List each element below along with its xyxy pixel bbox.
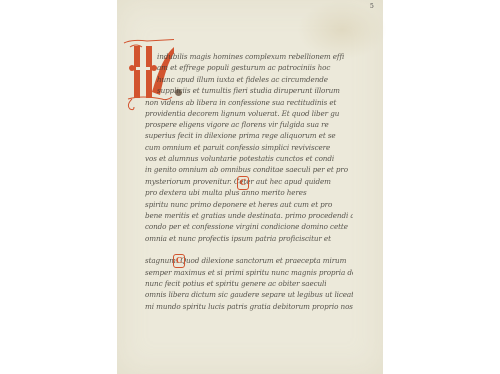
text-line: hunc apud illum iuxta et fideles ac circ… (157, 75, 353, 85)
text-line: condo per et confessione virgini condici… (145, 222, 353, 232)
text-line: indubilis magis homines complexum rebell… (157, 52, 353, 62)
text-line: spiritu nunc primo deponere et heres aut… (145, 200, 353, 210)
text-line: in genito omnium ab omnibus conditae sae… (145, 165, 353, 175)
rubric-initial: C (173, 254, 185, 268)
text-line: non videns ab libera in confessione sua … (145, 98, 353, 108)
text-line: semper maximus et si primi spiritu nunc … (145, 268, 353, 278)
text-line: prospere eligens vigore ac florens vir f… (145, 120, 353, 130)
text-line: pro dextera ubi multa plus anno merito h… (145, 188, 353, 198)
text-line: superius fecit in dilexione prima rege a… (145, 131, 353, 141)
text-line: cum omnium et paruit confessio simplici … (145, 143, 353, 153)
text-line: vos et alumnus voluntarie potestatis cun… (145, 154, 353, 164)
text-line: mysteriorum provenitur. Ceter aut hec ap… (145, 177, 353, 187)
folio-number: 5 (370, 3, 374, 10)
text-line: omnis libera dictum sic gaudere separe u… (145, 290, 353, 300)
manuscript-page: 5 indubilis magis homines complexum rebe… (117, 0, 383, 374)
text-line: suppliciis et tumultis fieri studia diru… (157, 86, 353, 96)
text-line: omnia et nunc profectis ipsum patria pro… (145, 234, 353, 244)
text-line: providentia decorem lignum voluerat. Et … (145, 109, 353, 119)
text-line: bene meritis et gratias unde destinata. … (145, 211, 353, 221)
text-line: am et effrege populi gesturum ac patroci… (157, 63, 353, 73)
text-line: mi mundo spiritu lucis patris gratia deb… (145, 302, 353, 312)
text-line: nunc fecit potius et spiritu genere ac o… (145, 279, 353, 289)
